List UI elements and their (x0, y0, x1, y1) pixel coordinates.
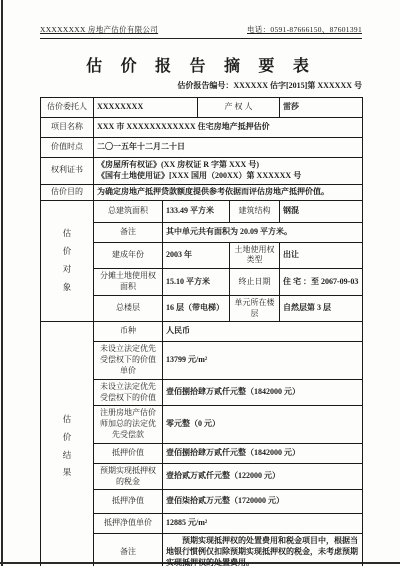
mortgage-value-value: 壹佰捌拾肆万贰仟元整（1842000 元） (163, 443, 363, 463)
currency-value: 人民币 (163, 322, 363, 342)
project-label: 项目名称 (41, 118, 94, 138)
mortgage-value-label: 抵押价值 (94, 443, 163, 463)
structure-value: 钢混 (280, 200, 363, 222)
purpose-value: 为确定房地产抵押贷款额度提供参考依据而评估房地产抵押价值。 (94, 184, 363, 200)
floor-area-label: 总建筑面积 (94, 200, 163, 222)
year-built-label: 建成年份 (94, 242, 163, 269)
floor-area-value: 133.49 平方米 (163, 200, 230, 222)
table-row: 估价目的 为确定房地产抵押贷款额度提供参考依据而评估房地产抵押价值。 (41, 184, 363, 200)
unencumbered-value-value: 壹佰捌拾肆万贰仟元整（1842000 元） (163, 379, 363, 406)
unit-price-label: 未设立法定优先受偿权下的价值单价 (94, 342, 163, 379)
prior-claims-label: 注册房地产估价师加总的法定优先受偿款 (94, 406, 163, 443)
table-row: 项目名称 XXX 市 XXXXXXXXXXXX 住宅房地产抵押估价 (41, 118, 363, 138)
net-value-label: 抵押净值 (94, 490, 163, 514)
certificates-value: 《房屋所有权证》(XX 房权证 R 字第 XXX 号) 《国有土地使用证》[XX… (94, 158, 363, 185)
table-row: 估价结果 币种 人民币 (41, 322, 363, 342)
tax-value: 壹拾贰万贰仟元整（122000 元） (163, 463, 363, 490)
purpose-label: 估价目的 (41, 184, 94, 200)
project-value: XXX 市 XXXXXXXXXXXX 住宅房地产抵押估价 (94, 118, 363, 138)
document-page: XXXXXXXX 房地产估价有限公司 电话：0591-87666150、8760… (40, 24, 362, 566)
structure-label: 建筑结构 (230, 200, 280, 222)
land-share-value: 15.10 平方米 (163, 269, 230, 296)
result-group-label: 估价结果 (41, 322, 94, 566)
net-value-value: 壹佰柒拾贰万元整（1720000 元） (163, 490, 363, 514)
land-share-label: 分摊土地使用权面积 (94, 269, 163, 296)
report-number: 估价报告编号：XXXXXX 估字[2015]第 XXXXXX 号 (40, 80, 362, 91)
certificate-line-2: 《国有土地使用证》[XXX 国用（200XX）第 XXXXXX 号 (97, 171, 359, 182)
letterhead: XXXXXXXX 房地产估价有限公司 电话：0591-87666150、8760… (40, 24, 362, 39)
year-built-value: 2003 年 (163, 242, 230, 269)
subject-group-label: 估价对象 (41, 200, 94, 322)
expiry-value: 住 宅 ：至 2067-09-03 (280, 269, 363, 296)
unit-floor-value: 自然层第 3 层 (280, 295, 363, 322)
total-floors-value: 16 层（带电梯） (163, 295, 230, 322)
subject-note-value: 其中单元共有面积为 20.09 平方米。 (163, 222, 363, 242)
certificates-label: 权利证书 (41, 158, 94, 185)
unit-floor-label: 单元所在楼层 (230, 295, 280, 322)
result-group-text: 估价结果 (62, 411, 72, 482)
table-row: 估价对象 总建筑面积 133.49 平方米 建筑结构 钢混 (41, 200, 363, 222)
remark-value: 预期实现抵押权的处置费用和税金项目中，根据当地银行惯例仅扣除预期实现抵押权的税金… (163, 534, 363, 566)
total-floors-label: 总楼层 (94, 295, 163, 322)
net-unit-price-label: 抵押净值单价 (94, 514, 163, 534)
owner-label: 产 权 人 (198, 98, 280, 118)
certificate-line-1: 《房屋所有权证》(XX 房权证 R 字第 XXX 号) (97, 160, 359, 171)
value-date-value: 二〇一五年十二月二十日 (94, 138, 363, 158)
unencumbered-value-label: 未设立法定优先受偿权下的价值 (94, 379, 163, 406)
net-unit-price-value: 12885 元/m² (163, 514, 363, 534)
expiry-label: 终止日期 (230, 269, 280, 296)
summary-table: 估价委托人 XXXXXXXX 产 权 人 雷莎 项目名称 XXX 市 XXXXX… (40, 97, 363, 566)
company-name: XXXXXXXX 房地产估价有限公司 (40, 24, 158, 35)
table-row: 价值时点 二〇一五年十二月二十日 (41, 138, 363, 158)
client-label: 估价委托人 (41, 98, 94, 118)
land-right-type-label: 土地使用权类型 (230, 242, 280, 269)
remark-label: 备注 (94, 534, 163, 566)
company-phone: 电话：0591-87666150、87601391 (247, 24, 362, 35)
land-right-type-value: 出让 (280, 242, 363, 269)
value-date-label: 价值时点 (41, 138, 94, 158)
tax-label: 预期实现抵押权的税金 (94, 463, 163, 490)
subject-note-label: 备注 (94, 222, 163, 242)
page-title: 估 价 报 告 摘 要 表 (40, 53, 362, 76)
unit-price-value: 13799 元/m² (163, 342, 363, 379)
table-row: 权利证书 《房屋所有权证》(XX 房权证 R 字第 XXX 号) 《国有土地使用… (41, 158, 363, 185)
scan-edge-left (1, 0, 3, 566)
currency-label: 币种 (94, 322, 163, 342)
client-value: XXXXXXXX (94, 98, 198, 118)
owner-value: 雷莎 (280, 98, 363, 118)
subject-group-text: 估价对象 (62, 225, 72, 296)
prior-claims-value: 零元整（0 元） (163, 406, 363, 443)
table-row: 估价委托人 XXXXXXXX 产 权 人 雷莎 (41, 98, 363, 118)
